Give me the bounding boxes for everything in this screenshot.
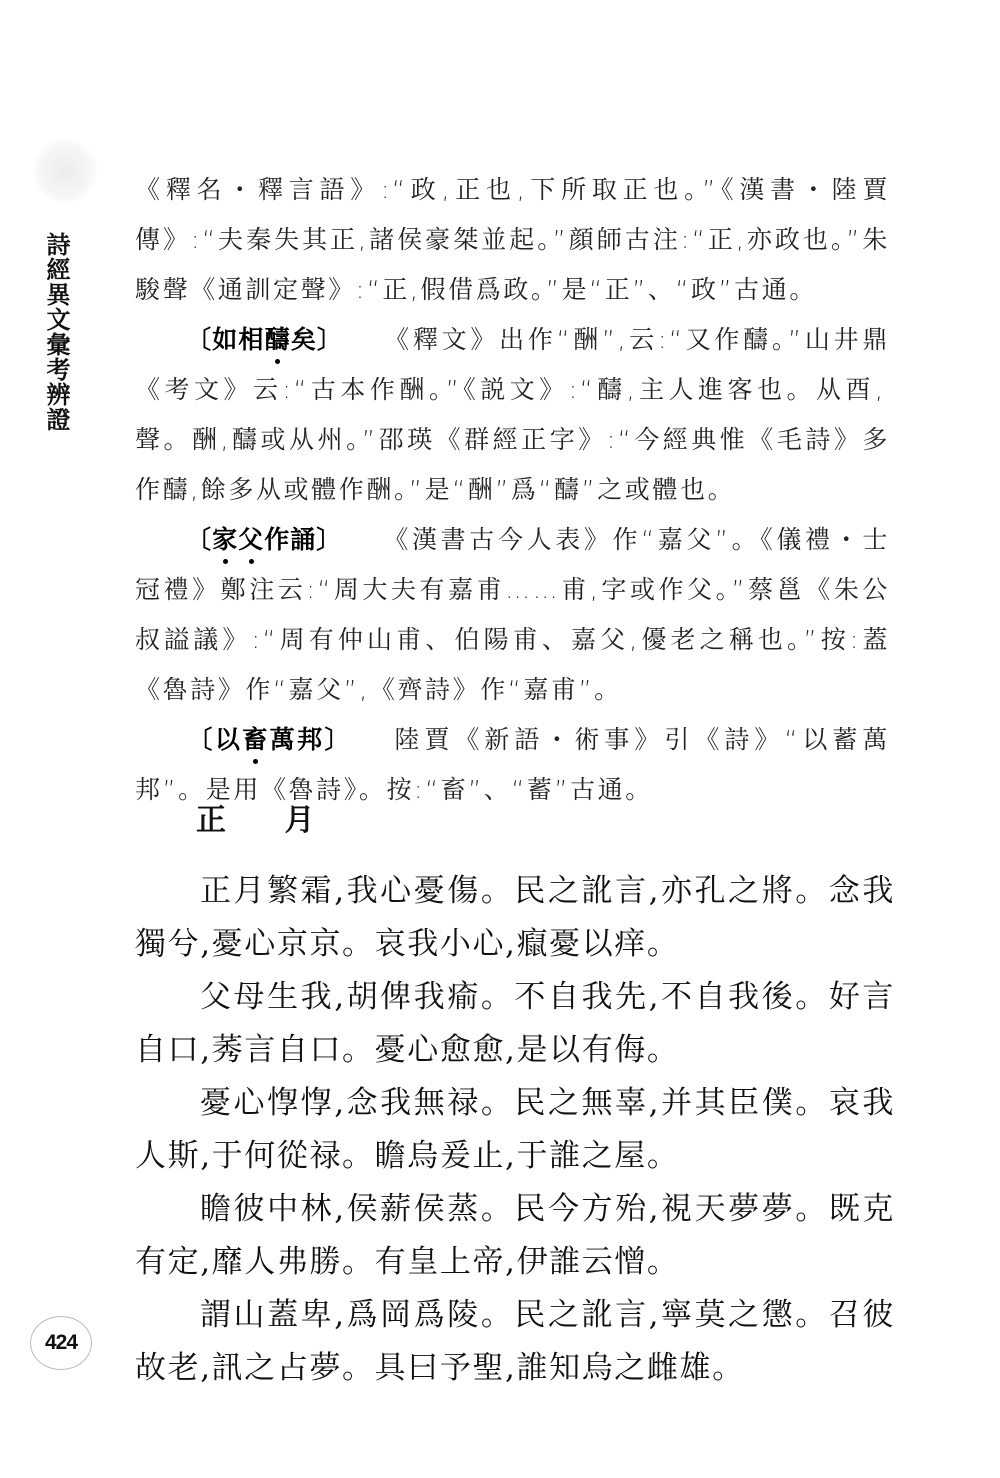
section-title: 正 月 (196, 795, 338, 839)
poem-stanza: 謂山蓋卑,爲岡爲陵。民之訛言,寧莫之懲。召彼故老,訊之占夢。具曰予聖,誰知烏之雌… (135, 1289, 895, 1395)
emphasis-dot-char: 家 (212, 525, 238, 554)
annotation-headword: 〔如相醻矣〕 (185, 325, 343, 354)
poem-stanza: 瞻彼中林,侯薪侯蒸。民今方殆,視天夢夢。既克有定,靡人弗勝。有皇上帝,伊誰云憎。 (135, 1183, 895, 1289)
annotation-entry: 〔家父作誦〕《漢書古今人表》作“嘉父”。《儀禮・士冠禮》鄭注云:“周大夫有嘉甫…… (135, 515, 890, 715)
annotation-headword: 〔家父作誦〕 (185, 525, 342, 554)
emphasis-dot-char: 父 (238, 525, 264, 554)
annotation-continuation: 《釋名・釋言語》:“政,正也,下所取正也。”《漢書・陸賈傳》:“夫秦失其正,諸侯… (135, 165, 890, 315)
annotation-block: 《釋名・釋言語》:“政,正也,下所取正也。”《漢書・陸賈傳》:“夫秦失其正,諸侯… (135, 165, 890, 815)
page-number: 424 (30, 1316, 92, 1370)
annotation-headword: 〔以畜萬邦〕 (185, 725, 352, 754)
annotation-entry: 〔如相醻矣〕《釋文》出作“酬”,云:“又作醻。”山井鼎《考文》云:“古本作酬。”… (135, 315, 890, 515)
poem-stanza: 正月繁霜,我心憂傷。民之訛言,亦孔之將。念我獨兮,憂心京京。哀我小心,癙憂以痒。 (135, 865, 895, 971)
annotation-text: 《釋名・釋言語》:“政,正也,下所取正也。”《漢書・陸賈傳》:“夫秦失其正,諸侯… (135, 175, 890, 304)
emphasis-dot-char: 醻 (265, 325, 291, 354)
emphasis-dot-char: 畜 (242, 725, 269, 754)
poem-stanza: 父母生我,胡俾我瘉。不自我先,不自我後。好言自口,莠言自口。憂心愈愈,是以有侮。 (135, 971, 895, 1077)
decorative-ornament-icon (30, 140, 100, 202)
running-title: 詩經異文彙考辨證 (34, 232, 74, 432)
poem-text: 正月繁霜,我心憂傷。民之訛言,亦孔之將。念我獨兮,憂心京京。哀我小心,癙憂以痒。… (135, 865, 895, 1395)
poem-stanza: 憂心惸惸,念我無禄。民之無辜,并其臣僕。哀我人斯,于何從禄。瞻烏爰止,于誰之屋。 (135, 1077, 895, 1183)
